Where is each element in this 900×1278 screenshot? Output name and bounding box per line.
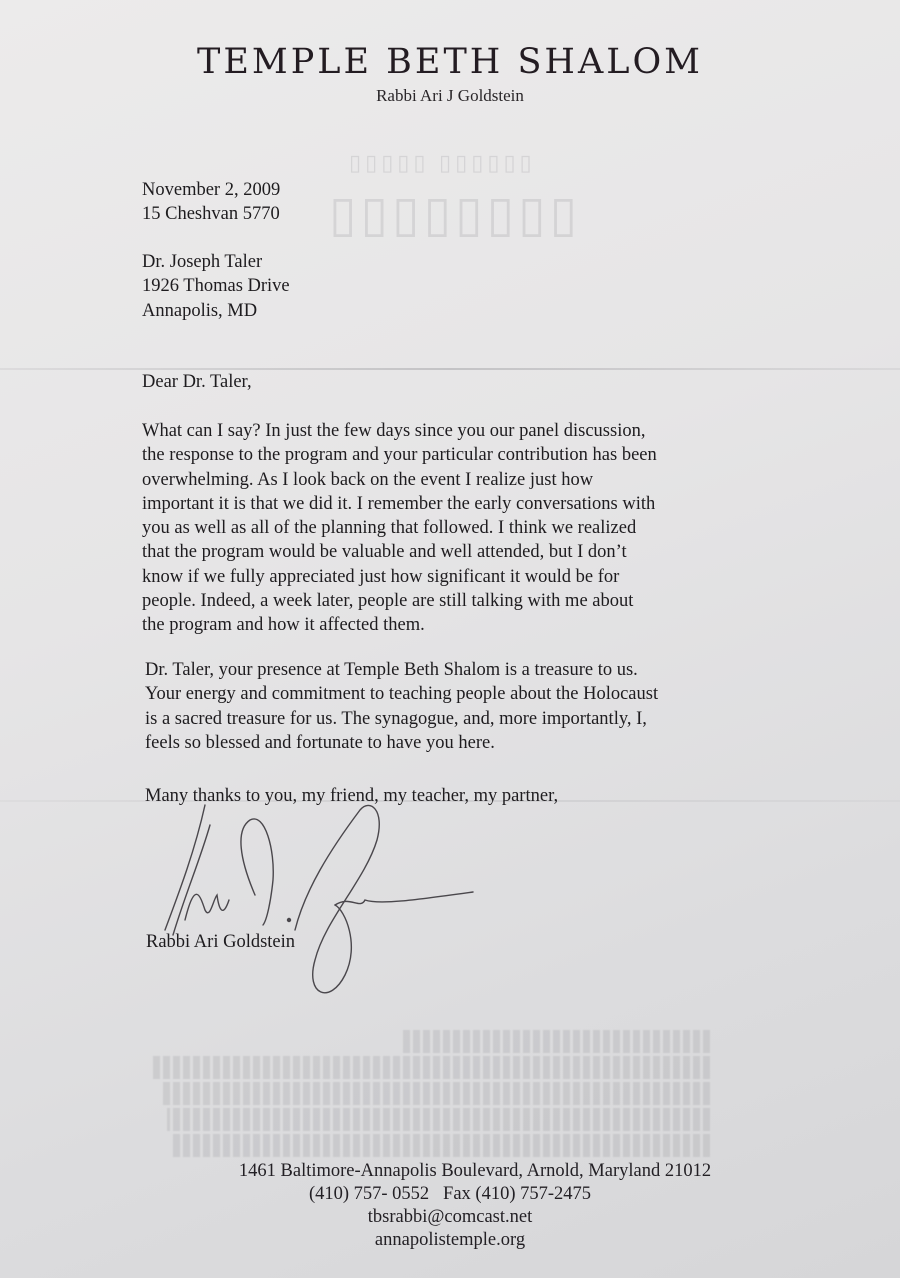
gregorian-date: November 2, 2009 <box>142 178 280 202</box>
handwritten-signature <box>155 800 495 1000</box>
organization-name: TEMPLE BETH SHALOM <box>0 40 900 84</box>
text-line: important it is that we did it. I rememb… <box>142 492 762 516</box>
footer-website: annapolistemple.org <box>0 1229 900 1252</box>
signatory-name: Rabbi Ari Goldstein <box>146 930 295 954</box>
letterhead: TEMPLE BETH SHALOM Rabbi Ari J Goldstein <box>0 40 900 106</box>
text-line: the program and how it affected them. <box>142 613 762 637</box>
recipient-name: Dr. Joseph Taler <box>142 250 290 274</box>
date-block: November 2, 2009 15 Cheshvan 5770 <box>142 178 280 227</box>
text-line: What can I say? In just the few days sin… <box>142 419 762 443</box>
recipient-address: Dr. Joseph Taler 1926 Thomas Drive Annap… <box>142 250 290 323</box>
letterhead-footer: 1461 Baltimore-Annapolis Boulevard, Arno… <box>0 1160 900 1252</box>
text-line: people. Indeed, a week later, people are… <box>142 589 762 613</box>
body-paragraph-1: What can I say? In just the few days sin… <box>142 419 762 638</box>
text-line: the response to the program and your par… <box>142 443 762 467</box>
text-line: know if we fully appreciated just how si… <box>142 565 762 589</box>
bleed-through-text: ▯▯▯▯▯▯▯▯ <box>325 185 577 243</box>
text-line: that the program would be valuable and w… <box>142 540 762 564</box>
paper-fold-line <box>0 368 900 370</box>
bleed-through-text: ▯▯▯▯▯▯ ▯▯▯▯▯ <box>345 150 532 176</box>
text-line: overwhelming. As I look back on the even… <box>142 468 762 492</box>
recipient-street: 1926 Thomas Drive <box>142 274 290 298</box>
text-line: Dr. Taler, your presence at Temple Beth … <box>145 658 765 682</box>
hebrew-date: 15 Cheshvan 5770 <box>142 202 280 226</box>
salutation: Dear Dr. Taler, <box>142 370 252 394</box>
recipient-city: Annapolis, MD <box>142 299 290 323</box>
footer-phones: (410) 757- 0552 Fax (410) 757-2475 <box>0 1183 900 1206</box>
bleed-through-texture <box>150 1030 710 1160</box>
text-line: Your energy and commitment to teaching p… <box>145 682 765 706</box>
text-line: you as well as all of the planning that … <box>142 516 762 540</box>
footer-email: tbsrabbi@comcast.net <box>0 1206 900 1229</box>
text-line: is a sacred treasure for us. The synagog… <box>145 707 765 731</box>
text-line: feels so blessed and fortunate to have y… <box>145 731 765 755</box>
footer-address: 1461 Baltimore-Annapolis Boulevard, Arno… <box>0 1160 900 1183</box>
body-paragraph-2: Dr. Taler, your presence at Temple Beth … <box>145 658 765 755</box>
letterhead-rabbi: Rabbi Ari J Goldstein <box>0 86 900 106</box>
letter-page: ▯▯▯▯▯▯ ▯▯▯▯▯ ▯▯▯▯▯▯▯▯ TEMPLE BETH SHALOM… <box>0 0 900 1278</box>
